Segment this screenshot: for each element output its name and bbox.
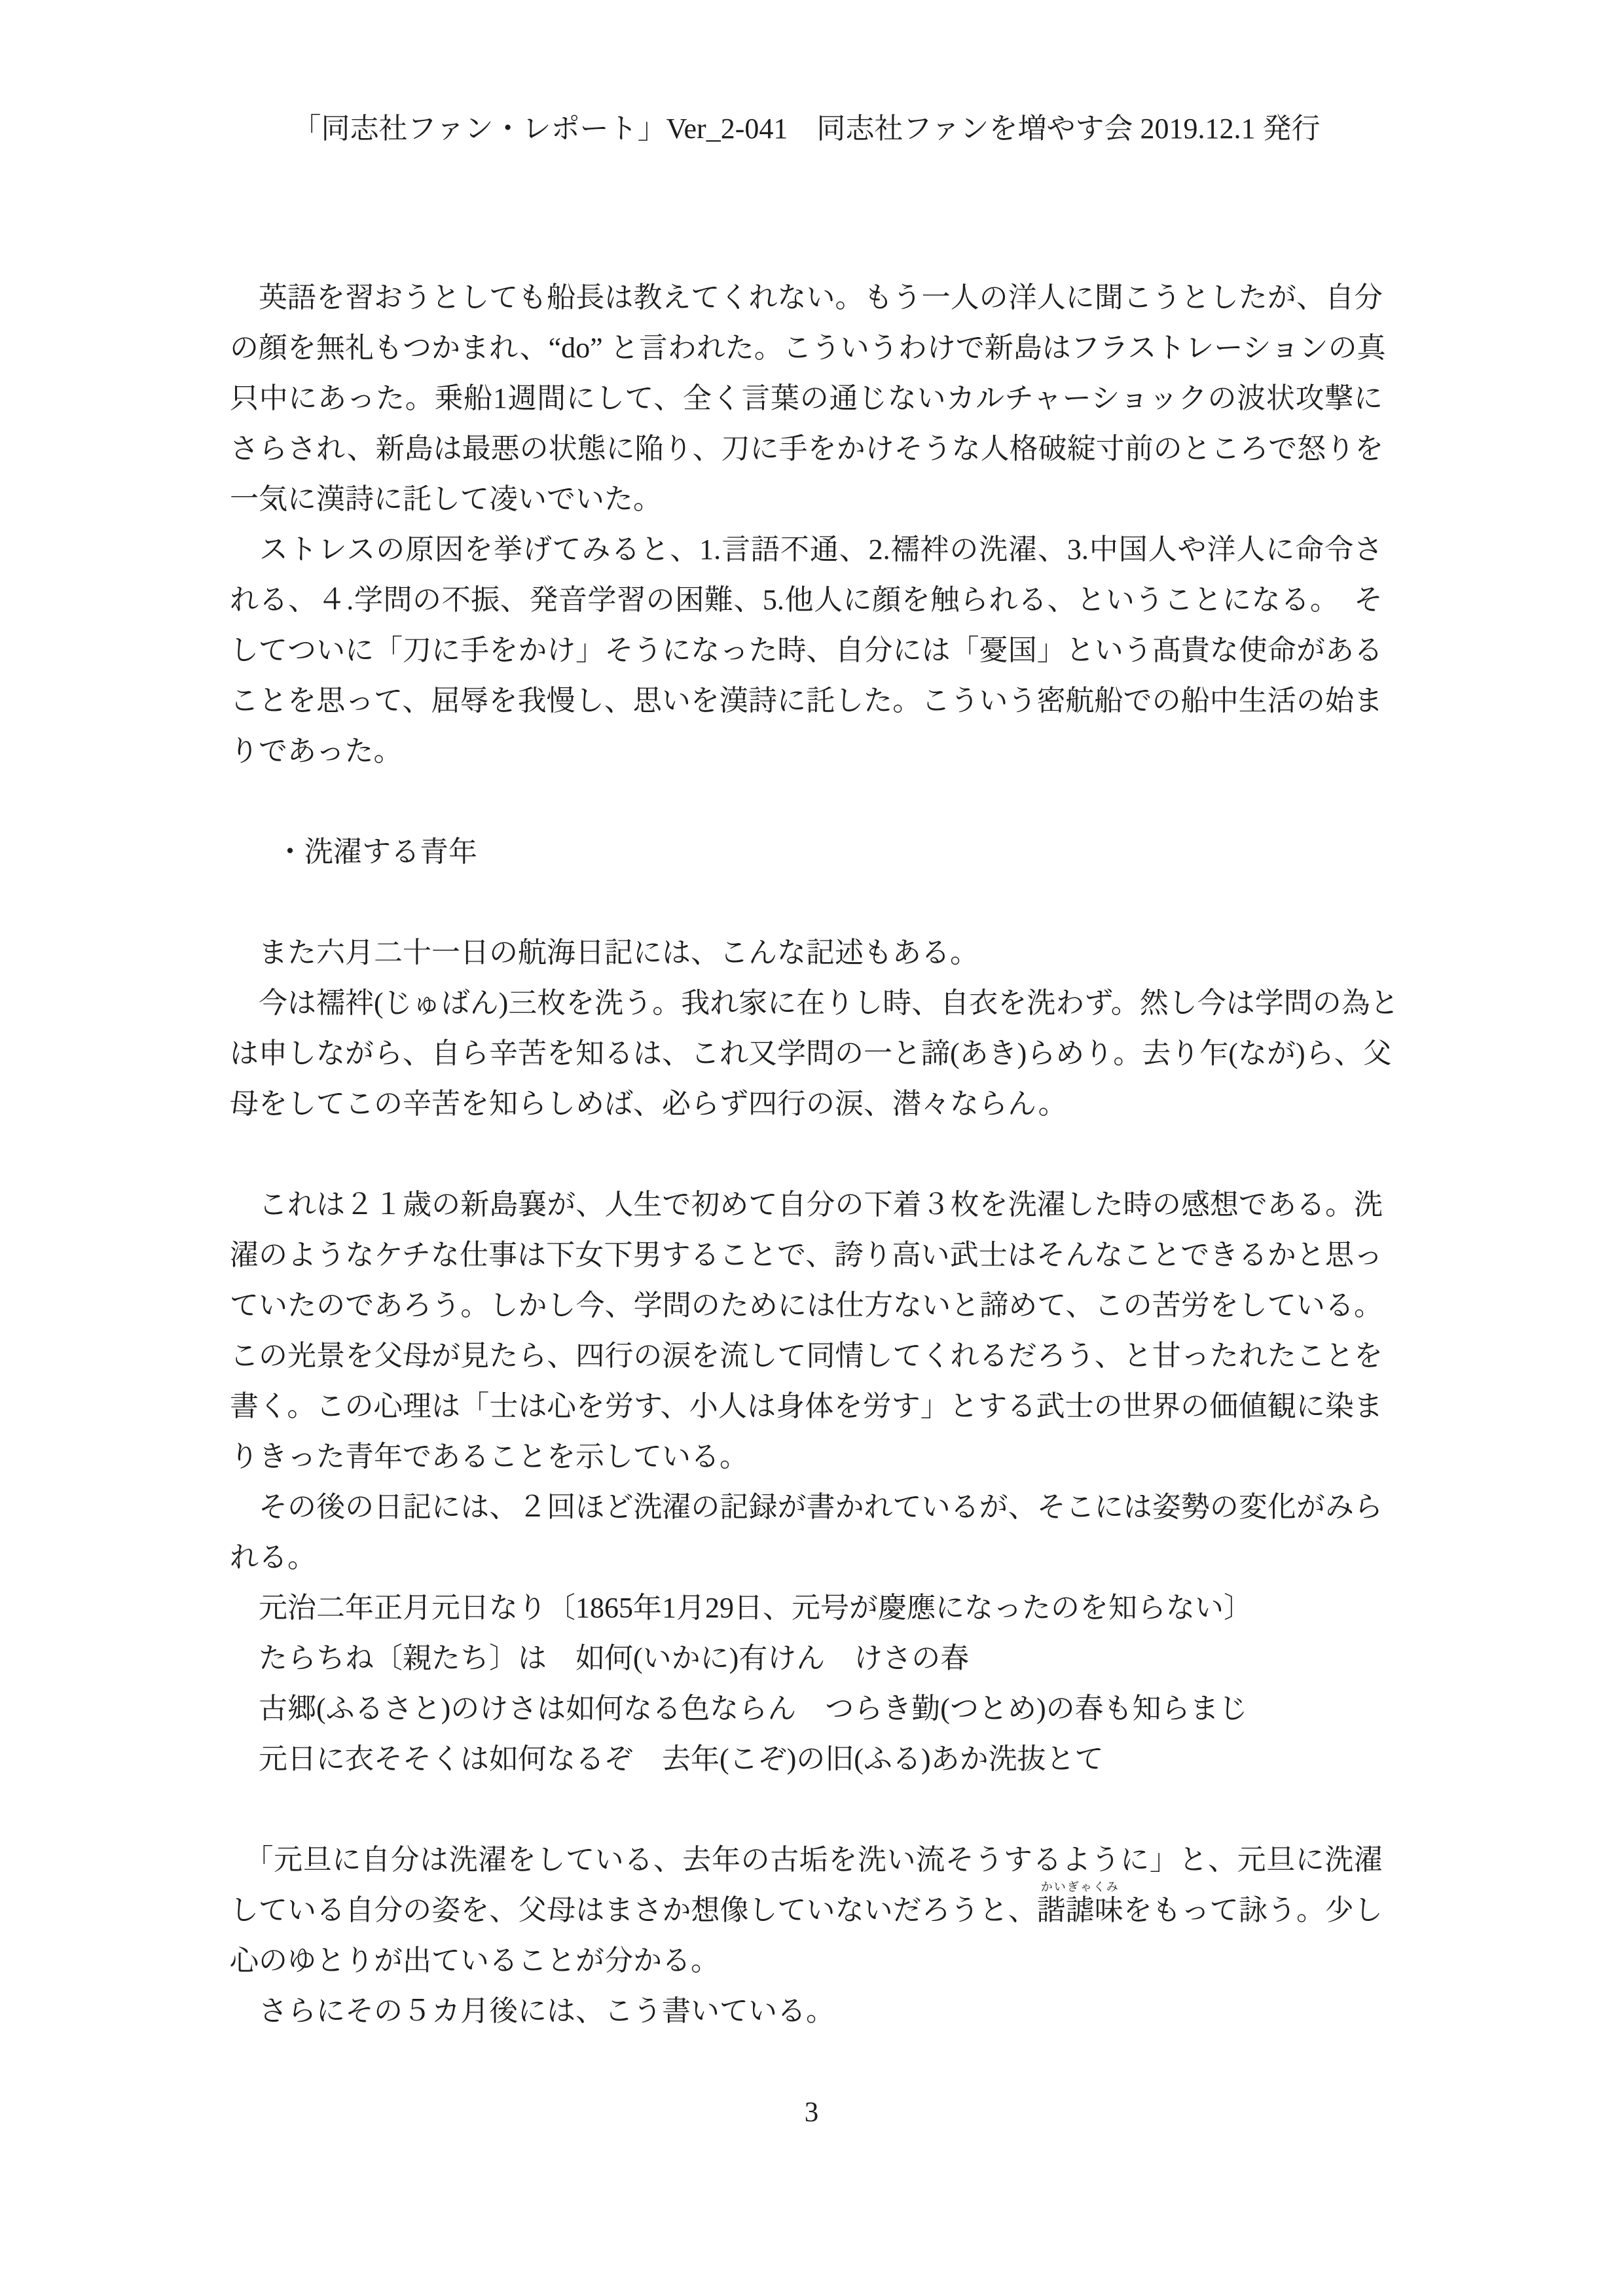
document-body: 英語を習おうとしても船長は教えてくれない。もう一人の洋人に聞こうとしたが、自分の… <box>230 272 1383 2036</box>
text-line: ストレスの原因を挙げてみると、1.言語不通、2.襦袢の洗濯、3.中国人や洋人に命… <box>230 524 1383 575</box>
text-line: 元治二年正月元日なり〔1865年1月29日、元号が慶應になったのを知らない〕 <box>230 1583 1383 1633</box>
text-line: れる、４.学問の不振、発音学習の困難、5.他人に顔を触られる、ということになる。… <box>230 575 1383 625</box>
page-header: 「同志社ファン・レポート」Ver_2-041 同志社ファンを増やす会 2019.… <box>230 108 1383 150</box>
text-line: 只中にあった。乗船1週間にして、全く言葉の通じないカルチャーショックの波状攻撃に <box>230 373 1383 423</box>
text-line: さらされ、新島は最悪の状態に陥り、刀に手をかけそうな人格破綻寸前のところで怒りを <box>230 423 1383 474</box>
text-line: また六月二十一日の航海日記には、こんな記述もある。 <box>230 927 1383 978</box>
text-line: の顔を無礼もつかまれ、“do” と言われた。こういうわけで新島はフラストレーショ… <box>230 323 1383 373</box>
blank-line <box>230 776 1383 827</box>
text-line: してついに「刀に手をかけ」そうになった時、自分には「憂国」という髙貴な使命がある <box>230 625 1383 675</box>
text-line: は申しながら、自ら辛苦を知るは、これ又学問の一と諦(あき)らめり。去り乍(なが)… <box>230 1028 1383 1079</box>
text-line: 英語を習おうとしても船長は教えてくれない。もう一人の洋人に聞こうとしたが、自分 <box>230 272 1383 323</box>
text-line: 元日に衣そそくは如何なるぞ 去年(こぞ)の旧(ふる)あか洗抜とて <box>230 1734 1383 1784</box>
blank-line <box>230 1129 1383 1179</box>
ruby-annotation: かいぎゃくみ諧謔味 <box>1037 1885 1123 1935</box>
text-segment: をもって詠う。少し <box>1123 1894 1383 1926</box>
blank-line <box>230 1784 1383 1835</box>
ruby-text: かいぎゃくみ <box>1041 1881 1120 1893</box>
text-line: 書く。この心理は「士は心を労す、小人は身体を労す」とする武士の世界の価値観に染ま <box>230 1381 1383 1431</box>
text-line: たらちね〔親たち〕は 如何(いかに)有けん けさの春 <box>230 1633 1383 1683</box>
text-line: これは２１歳の新島襄が、人生で初めて自分の下着３枚を洗濯した時の感想である。洗 <box>230 1179 1383 1230</box>
text-line: 今は襦袢(じゅばん)三枚を洗う。我れ家に在りし時、自衣を洗わず。然し今は学問の為… <box>230 978 1383 1028</box>
text-line: ことを思って、屈辱を我慢し、思いを漢詩に託した。こういう密航船での船中生活の始ま <box>230 675 1383 726</box>
text-line: している自分の姿を、父母はまさか想像していないだろうと、かいぎゃくみ諧謔味をもっ… <box>230 1885 1383 1935</box>
text-segment: している自分の姿を、父母はまさか想像していないだろうと、 <box>230 1894 1037 1926</box>
text-line: りであった。 <box>230 726 1383 776</box>
text-line: れる。 <box>230 1532 1383 1583</box>
text-line: さらにその５カ月後には、こう書いている。 <box>230 1986 1383 2036</box>
text-line: この光景を父母が見たら、四行の涙を流して同情してくれるだろう、と甘ったれたことを <box>230 1331 1383 1381</box>
text-line: 母をしてこの辛苦を知らしめば、必らず四行の涙、潜々ならん。 <box>230 1079 1383 1129</box>
blank-line <box>230 877 1383 927</box>
text-line: 「元旦に自分は洗濯をしている、去年の古垢を洗い流そうするように」と、元旦に洗濯 <box>230 1835 1383 1885</box>
text-line: その後の日記には、２回ほど洗濯の記録が書かれているが、そこには姿勢の変化がみら <box>230 1482 1383 1532</box>
text-line: りきった青年であることを示している。 <box>230 1431 1383 1482</box>
text-line: 心のゆとりが出ていることが分かる。 <box>230 1935 1383 1986</box>
ruby-base: 諧謔味 <box>1037 1894 1123 1926</box>
text-line: 一気に漢詩に託して凌いでいた。 <box>230 474 1383 524</box>
text-line: 濯のようなケチな仕事は下女下男することで、誇り高い武士はそんなことできるかと思っ <box>230 1230 1383 1280</box>
text-line: 古郷(ふるさと)のけさは如何なる色ならん つらき勤(つとめ)の春も知らまじ <box>230 1683 1383 1734</box>
page-number: 3 <box>0 2093 1623 2132</box>
document-page: 「同志社ファン・レポート」Ver_2-041 同志社ファンを増やす会 2019.… <box>0 0 1623 2296</box>
section-heading: ・洗濯する青年 <box>230 827 1383 877</box>
text-line: ていたのであろう。しかし今、学問のためには仕方ないと諦めて、この苦労をしている。 <box>230 1280 1383 1331</box>
